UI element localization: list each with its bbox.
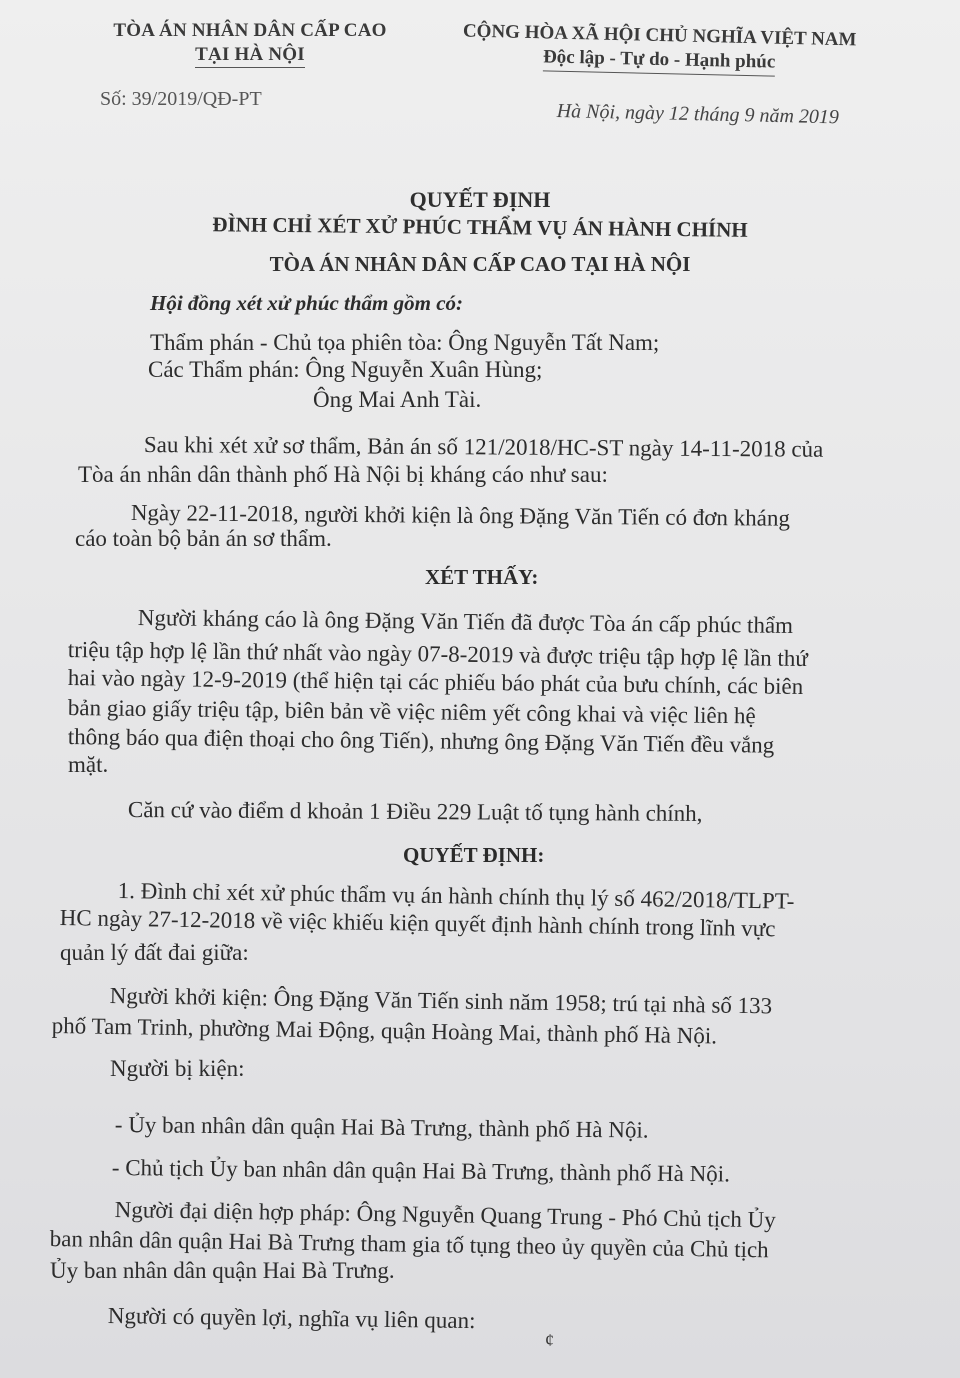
findings-line: Người kháng cáo là ông Đặng Văn Tiến đã … [138, 605, 793, 639]
findings-heading: XÉT THẤY: [425, 565, 538, 590]
plaintiff-line: phố Tam Trinh, phường Mai Động, quận Hoà… [52, 1013, 718, 1049]
related-party-label: Người có quyền lợi, nghĩa vụ liên quan: [108, 1303, 476, 1334]
first-instance-line-1: Sau khi xét xử sơ thẩm, Bản án số 121/20… [144, 432, 824, 463]
decision-heading: QUYẾT ĐỊNH: [403, 843, 544, 868]
first-instance-line-2: Tòa án nhân dân thành phố Hà Nội bị khán… [78, 462, 608, 488]
representative-line: Ủy ban nhân dân quận Hai Bà Trưng. [50, 1258, 395, 1284]
defendant-item: - Ủy ban nhân dân quận Hai Bà Trưng, thà… [115, 1112, 649, 1144]
judges-line-2: Ông Mai Anh Tài. [313, 387, 481, 413]
court-name-header: TÒA ÁN NHÂN DÂN CẤP CAO TẠI HÀ NỘI [100, 20, 400, 68]
pen-mark: ¢ [545, 1330, 554, 1351]
national-motto: Độc lập - Tự do - Hạnh phúc [543, 46, 776, 76]
findings-line: thông báo qua điện thoại cho ông Tiến), … [68, 724, 775, 759]
legal-basis: Căn cứ vào điểm d khoản 1 Điều 229 Luật … [128, 797, 703, 827]
findings-line: bản giao giấy triệu tập, biên bản về việ… [68, 695, 756, 729]
court-name-line1: TÒA ÁN NHÂN DÂN CẤP CAO [100, 20, 400, 42]
defendant-item: - Chủ tịch Ủy ban nhân dân quận Hai Bà T… [112, 1155, 730, 1187]
judges-line-1: Các Thẩm phán: Ông Nguyễn Xuân Hùng; [148, 357, 542, 383]
presiding-judge: Thẩm phán - Chủ tọa phiên tòa: Ông Nguyễ… [150, 330, 659, 356]
appeal-line-2: cáo toàn bộ bản án sơ thẩm. [75, 526, 332, 552]
panel-heading: Hội đồng xét xử phúc thẩm gồm có: [150, 291, 463, 316]
issue-date: Hà Nội, ngày 12 tháng 9 năm 2019 [556, 100, 839, 129]
scanned-court-decision-page: TÒA ÁN NHÂN DÂN CẤP CAO TẠI HÀ NỘI CỘNG … [0, 0, 960, 1378]
issuing-court: TÒA ÁN NHÂN DÂN CẤP CAO TẠI HÀ NỘI [0, 252, 960, 277]
court-name-line2: TẠI HÀ NỘI [195, 44, 305, 68]
document-subtitle: ĐÌNH CHỈ XÉT XỬ PHÚC THẨM VỤ ÁN HÀNH CHÍ… [0, 210, 960, 245]
plaintiff-line: Người khởi kiện: Ông Đặng Văn Tiến sinh … [110, 983, 773, 1019]
document-number: Số: 39/2019/QĐ-PT [100, 88, 262, 111]
findings-line: mặt. [68, 752, 108, 778]
defendant-label: Người bị kiện: [110, 1056, 245, 1082]
national-motto-header: CỘNG HÒA XÃ HỘI CHỦ NGHĨA VIỆT NAM Độc l… [439, 20, 880, 79]
decision-item-line: quản lý đất đai giữa: [60, 940, 249, 966]
document-title: QUYẾT ĐỊNH [0, 187, 960, 213]
